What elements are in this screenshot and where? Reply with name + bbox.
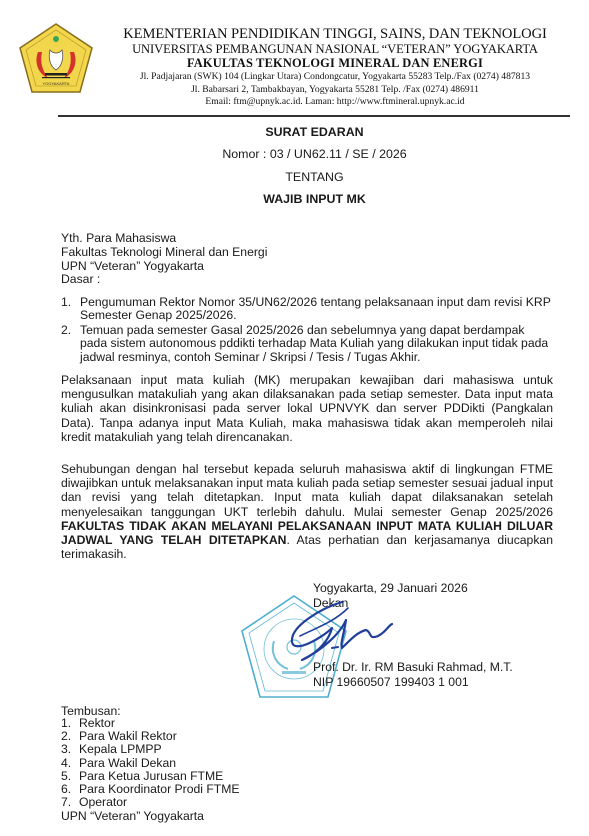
faculty-name: FAKULTAS TEKNOLOGI MINERAL DAN ENERGI bbox=[100, 56, 570, 71]
list-text: Para Ketua Jurusan FTME bbox=[79, 769, 223, 783]
paragraph-2: Sehubungan dengan hal tersebut kepada se… bbox=[61, 462, 553, 561]
copies-footer: UPN “Veteran” Yogyakarta bbox=[61, 809, 204, 823]
paragraph-2-start: Sehubungan dengan hal tersebut kepada se… bbox=[61, 462, 553, 519]
contact-line: Email: ftm@upnyk.ac.id. Laman: http://ww… bbox=[100, 96, 570, 107]
list-item: 1. Pengumuman Rektor Nomor 35/UN62/2026 … bbox=[61, 296, 553, 323]
addressee-block: Yth. Para Mahasiswa Fakultas Teknologi M… bbox=[61, 231, 553, 273]
list-text: Para Wakil Rektor bbox=[79, 729, 177, 743]
document-subject: WAJIB INPUT MK bbox=[40, 192, 589, 206]
basis-list: 1. Pengumuman Rektor Nomor 35/UN62/2026 … bbox=[61, 296, 553, 364]
svg-text:YOGYAKARTA: YOGYAKARTA bbox=[43, 81, 70, 86]
list-text: Kepala LPMPP bbox=[79, 742, 162, 756]
list-number: 2. bbox=[61, 324, 71, 337]
list-item: 6.Para Koordinator Prodi FTME bbox=[61, 783, 553, 796]
letterhead-divider bbox=[58, 115, 570, 117]
addressee-line: UPN “Veteran” Yogyakarta bbox=[61, 259, 553, 273]
document-number: Nomor : 03 / UN62.11 / SE / 2026 bbox=[40, 147, 589, 161]
place-date: Yogyakarta, 29 Januari 2026 bbox=[313, 581, 468, 595]
university-name: UNIVERSITAS PEMBANGUNAN NASIONAL “VETERA… bbox=[100, 42, 570, 57]
addressee-line: Fakultas Teknologi Mineral dan Energi bbox=[61, 245, 553, 259]
copies-list: 1.Rektor 2.Para Wakil Rektor 3.Kepala LP… bbox=[61, 717, 553, 809]
about-label: TENTANG bbox=[40, 170, 589, 184]
list-number: 1. bbox=[61, 296, 71, 309]
signatory-nip: NIP 19660507 199403 1 001 bbox=[313, 675, 469, 689]
basis-label: Dasar : bbox=[61, 272, 553, 286]
list-text: Temuan pada semester Gasal 2025/2026 dan… bbox=[80, 323, 548, 364]
address-line-1: Jl. Padjajaran (SWK) 104 (Lingkar Utara)… bbox=[100, 71, 570, 82]
paragraph-1: Pelaksanaan input mata kuliah (MK) merup… bbox=[61, 373, 553, 444]
address-line-2: Jl. Babarsari 2, Tambakbayan, Yogyakarta… bbox=[100, 84, 570, 95]
list-item: 7.Operator bbox=[61, 796, 553, 809]
list-number: 3. bbox=[61, 743, 71, 756]
addressee-line: Yth. Para Mahasiswa bbox=[61, 231, 553, 245]
document-title: SURAT EDARAN bbox=[40, 125, 589, 139]
university-logo: YOGYAKARTA bbox=[18, 22, 94, 94]
list-text: Para Koordinator Prodi FTME bbox=[79, 782, 240, 796]
ministry-name: KEMENTERIAN PENDIDIKAN TINGGI, SAINS, DA… bbox=[100, 26, 570, 43]
signatory-name: Prof. Dr. Ir. RM Basuki Rahmad, M.T. bbox=[313, 660, 513, 674]
list-number: 7. bbox=[61, 796, 71, 809]
list-text: Pengumuman Rektor Nomor 35/UN62/2026 ten… bbox=[80, 295, 551, 322]
list-text: Rektor bbox=[79, 716, 115, 730]
list-text: Operator bbox=[79, 795, 127, 809]
list-item: 2. Temuan pada semester Gasal 2025/2026 … bbox=[61, 324, 553, 364]
list-number: 4. bbox=[61, 757, 71, 770]
list-text: Para Wakil Dekan bbox=[79, 756, 176, 770]
